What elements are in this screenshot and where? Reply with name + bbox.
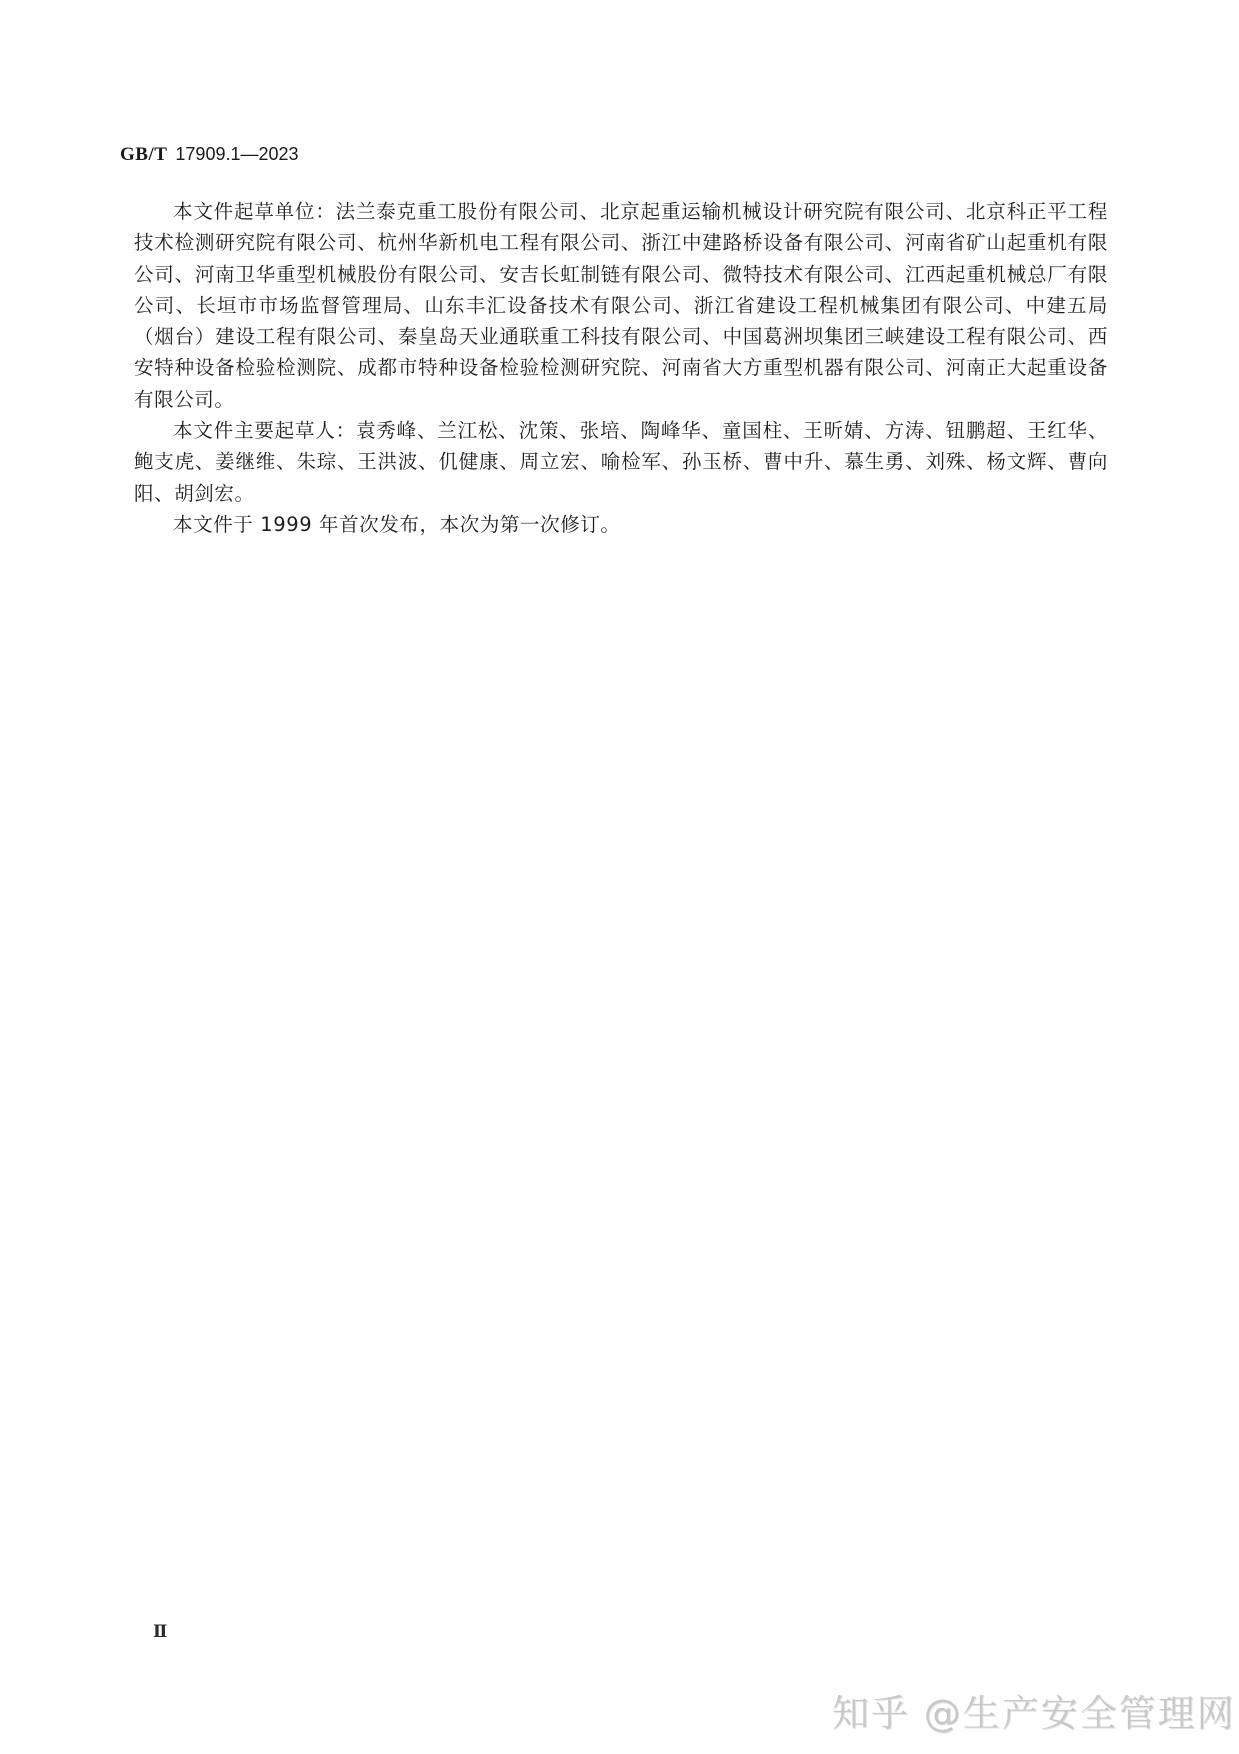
standard-code-header: GB/T17909.1—2023 (120, 142, 299, 167)
revision-history-paragraph: 本文件于 1999 年首次发布，本次为第一次修订。 (134, 509, 1108, 540)
page-number: Ⅱ (153, 1622, 167, 1642)
drafting-organizations-paragraph: 本文件起草单位：法兰泰克重工股份有限公司、北京起重运输机械设计研究院有限公司、北… (134, 196, 1108, 415)
main-drafters-paragraph: 本文件主要起草人：袁秀峰、兰江松、沈策、张培、陶峰华、童国柱、王昕婧、方涛、钮鹏… (134, 415, 1108, 509)
watermark: 知乎 @生产安全管理网 (832, 1683, 1236, 1737)
document-body: 本文件起草单位：法兰泰克重工股份有限公司、北京起重运输机械设计研究院有限公司、北… (134, 196, 1108, 540)
standard-number: 17909.1—2023 (175, 144, 298, 164)
standard-prefix: GB/T (120, 144, 167, 165)
